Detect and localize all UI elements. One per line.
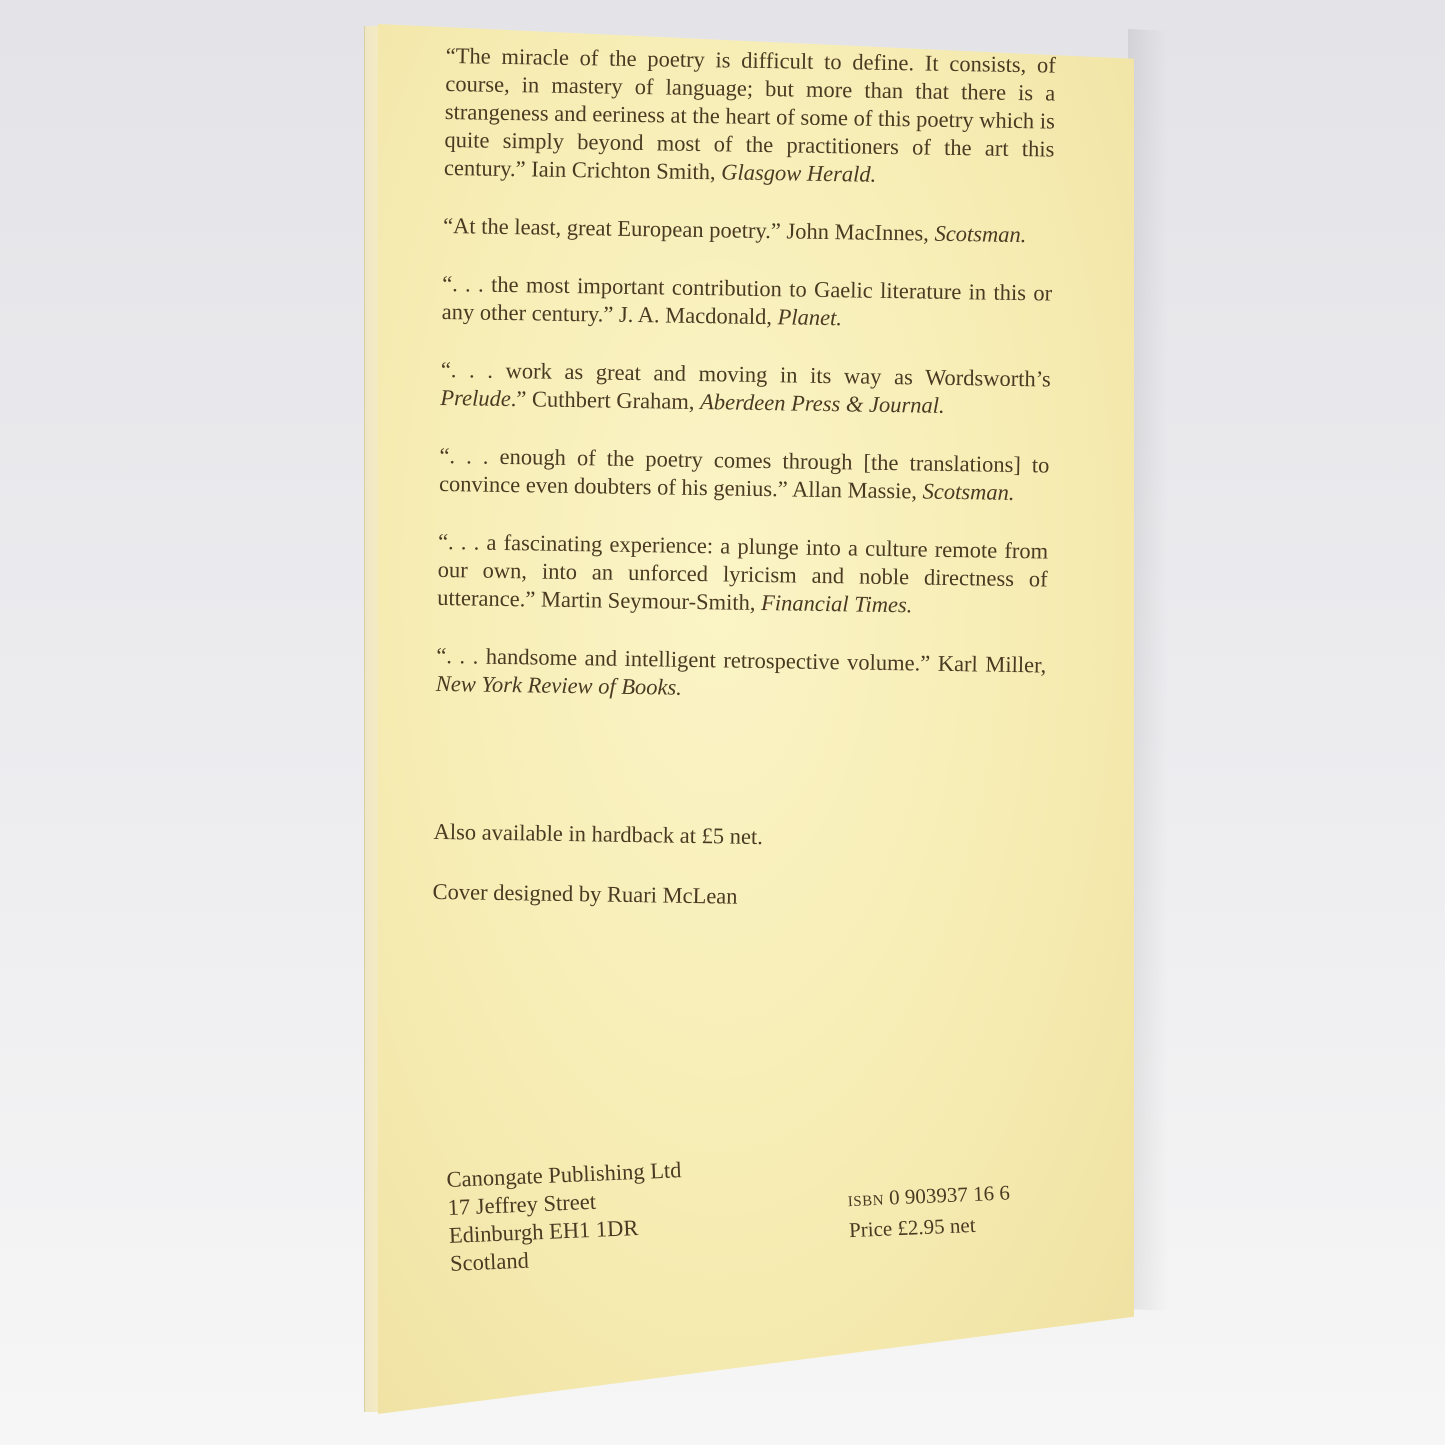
quote-author: J. A. Macdonald, — [619, 302, 772, 329]
quote-author: John MacInnes, — [786, 218, 929, 245]
book-back-cover: “The miracle of the poetry is difficult … — [378, 24, 1134, 1414]
quote-source: Glasgow Herald. — [721, 159, 876, 186]
review-quote: “. . . handsome and intelligent retrospe… — [436, 642, 1047, 708]
quote-text: “. . . handsome and intelligent retrospe… — [436, 643, 930, 676]
review-quote: “The miracle of the poetry is difficult … — [444, 42, 1056, 192]
isbn-number: 0 903937 16 6 — [889, 1180, 1011, 1209]
quote-source: Scotsman. — [922, 479, 1014, 505]
reviews-block: “The miracle of the poetry is difficult … — [432, 42, 1056, 947]
isbn-price-block: ISBN 0 903937 16 6 Price £2.95 net — [847, 1178, 1012, 1244]
quote-author: Cuthbert Graham, — [532, 386, 695, 414]
publisher-address: Canongate Publishing Ltd 17 Jeffrey Stre… — [446, 1156, 685, 1278]
spacer — [434, 728, 1045, 828]
quote-text: “At the least, great European poetry.” — [443, 213, 781, 243]
quote-author: Iain Crichton Smith, — [531, 156, 716, 184]
cover-credit: Cover designed by Ruari McLean — [432, 878, 1042, 916]
isbn-label: ISBN — [848, 1193, 885, 1211]
review-quote: “. . . the most important contribution t… — [442, 270, 1053, 336]
price-line: Price £2.95 net — [848, 1209, 1011, 1244]
quote-text-italic: Prelude — [440, 385, 511, 411]
review-quote: “. . . a fascinating experience: a plung… — [437, 528, 1048, 622]
quote-source: Scotsman. — [934, 221, 1026, 247]
quote-text-end: .” — [511, 386, 527, 411]
quote-source: Aberdeen Press & Journal. — [700, 389, 945, 418]
quote-author: Martin Seymour-Smith, — [541, 587, 756, 615]
review-quote: “. . . enough of the poetry comes throug… — [439, 442, 1050, 508]
quote-source: Financial Times. — [761, 590, 913, 617]
quote-source: Planet. — [777, 304, 842, 330]
publisher-info-block: Canongate Publishing Ltd 17 Jeffrey Stre… — [446, 1140, 1065, 1166]
quote-author: Karl Miller, — [938, 651, 1047, 678]
review-quote: “At the least, great European poetry.” J… — [443, 212, 1053, 250]
quote-author: Allan Massie, — [792, 476, 917, 503]
book-shadow — [1128, 29, 1168, 1311]
quote-source: New York Review of Books. — [436, 671, 682, 700]
review-quote: “. . . work as great and moving in its w… — [440, 356, 1051, 422]
